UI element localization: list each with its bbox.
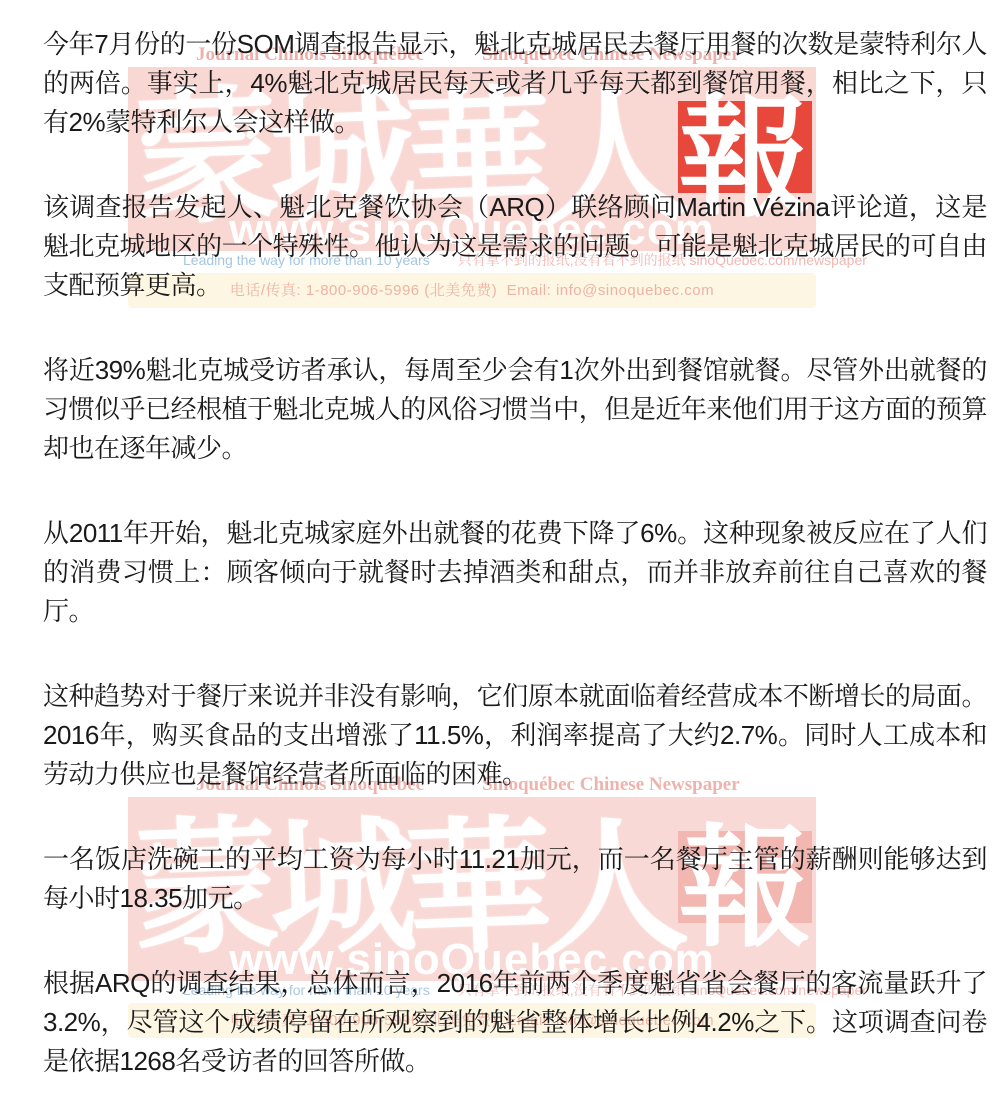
article-paragraph-5: 这种趋势对于餐厅来说并非没有影响，它们原本就面临着经营成本不断增长的局面。201… [43, 677, 987, 794]
article-paragraph-1: 今年7月份的一份SOM调查报告显示，魁北克城居民去餐厅用餐的次数是蒙特利尔人的两… [43, 25, 987, 142]
article-paragraph-7: 根据ARQ的调查结果，总体而言，2016年前两个季度魁省省会餐厅的客流量跃升了3… [43, 964, 987, 1081]
article-body: 今年7月份的一份SOM调查报告显示，魁北克城居民去餐厅用餐的次数是蒙特利尔人的两… [0, 0, 1008, 1081]
article-paragraph-4: 从2011年开始，魁北克城家庭外出就餐的花费下降了6%。这种现象被反应在了人们的… [43, 514, 987, 631]
article-paragraph-3: 将近39%魁北克城受访者承认，每周至少会有1次外出到餐馆就餐。尽管外出就餐的习惯… [43, 351, 987, 468]
article-paragraph-6: 一名饭店洗碗工的平均工资为每小时11.21加元，而一名餐厅主管的薪酬则能够达到每… [43, 840, 987, 918]
article-paragraph-2: 该调查报告发起人、魁北克餐饮协会（ARQ）联络顾问Martin Vézina评论… [43, 188, 987, 305]
